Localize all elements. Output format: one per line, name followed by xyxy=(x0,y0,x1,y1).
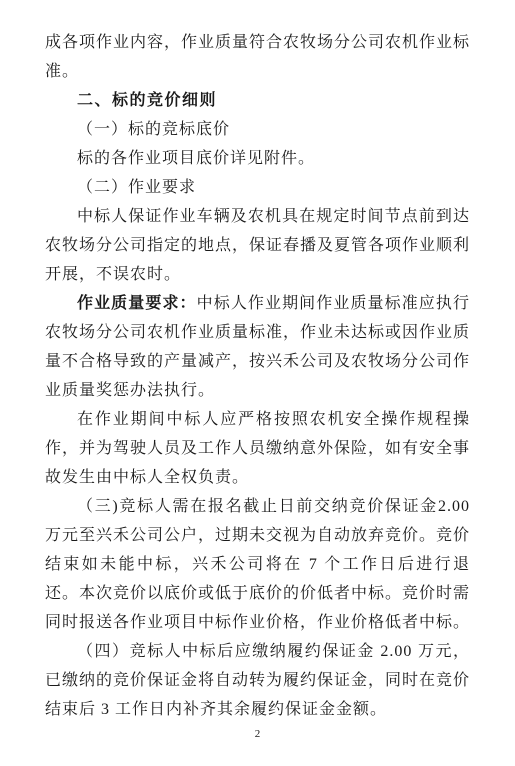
paragraph-base-price-note: 标的各作业项目底价详见附件。 xyxy=(45,144,470,173)
paragraph-continuation: 成各项作业内容，作业质量符合农牧场分公司农机作业标准。 xyxy=(45,28,470,86)
document-page: 成各项作业内容，作业质量符合农牧场分公司农机作业标准。 二、标的竞价细则 （一）… xyxy=(0,0,515,766)
paragraph-quality-requirements: 作业质量要求：中标人作业期间作业质量标准应执行农牧场分公司农机作业质量标准，作业… xyxy=(45,289,470,405)
paragraph-safety-insurance: 在作业期间中标人应严格按照农机安全操作规程操作，并为驾驶人员及工作人员缴纳意外保… xyxy=(45,405,470,492)
subheading-item-1-base-price: （一）标的竞标底价 xyxy=(45,115,470,144)
paragraph-item-4-performance-deposit: （四）竞标人中标后应缴纳履约保证金 2.00 万元，已缴纳的竞价保证金将自动转为… xyxy=(45,637,470,724)
paragraph-vehicle-guarantee: 中标人保证作业车辆及农机具在规定时间节点前到达农牧场分公司指定的地点，保证春播及… xyxy=(45,202,470,289)
paragraph-item-3-bid-deposit: （三)竞标人需在报名截止日前交纳竞价保证金2.00 万元至兴禾公司公户，过期未交… xyxy=(45,492,470,637)
quality-requirements-label: 作业质量要求： xyxy=(77,295,197,312)
subheading-item-2-work-requirements: （二）作业要求 xyxy=(45,173,470,202)
document-body: 成各项作业内容，作业质量符合农牧场分公司农机作业标准。 二、标的竞价细则 （一）… xyxy=(45,28,470,724)
page-number: 2 xyxy=(0,728,515,740)
section-heading-bidding-rules: 二、标的竞价细则 xyxy=(45,86,470,115)
